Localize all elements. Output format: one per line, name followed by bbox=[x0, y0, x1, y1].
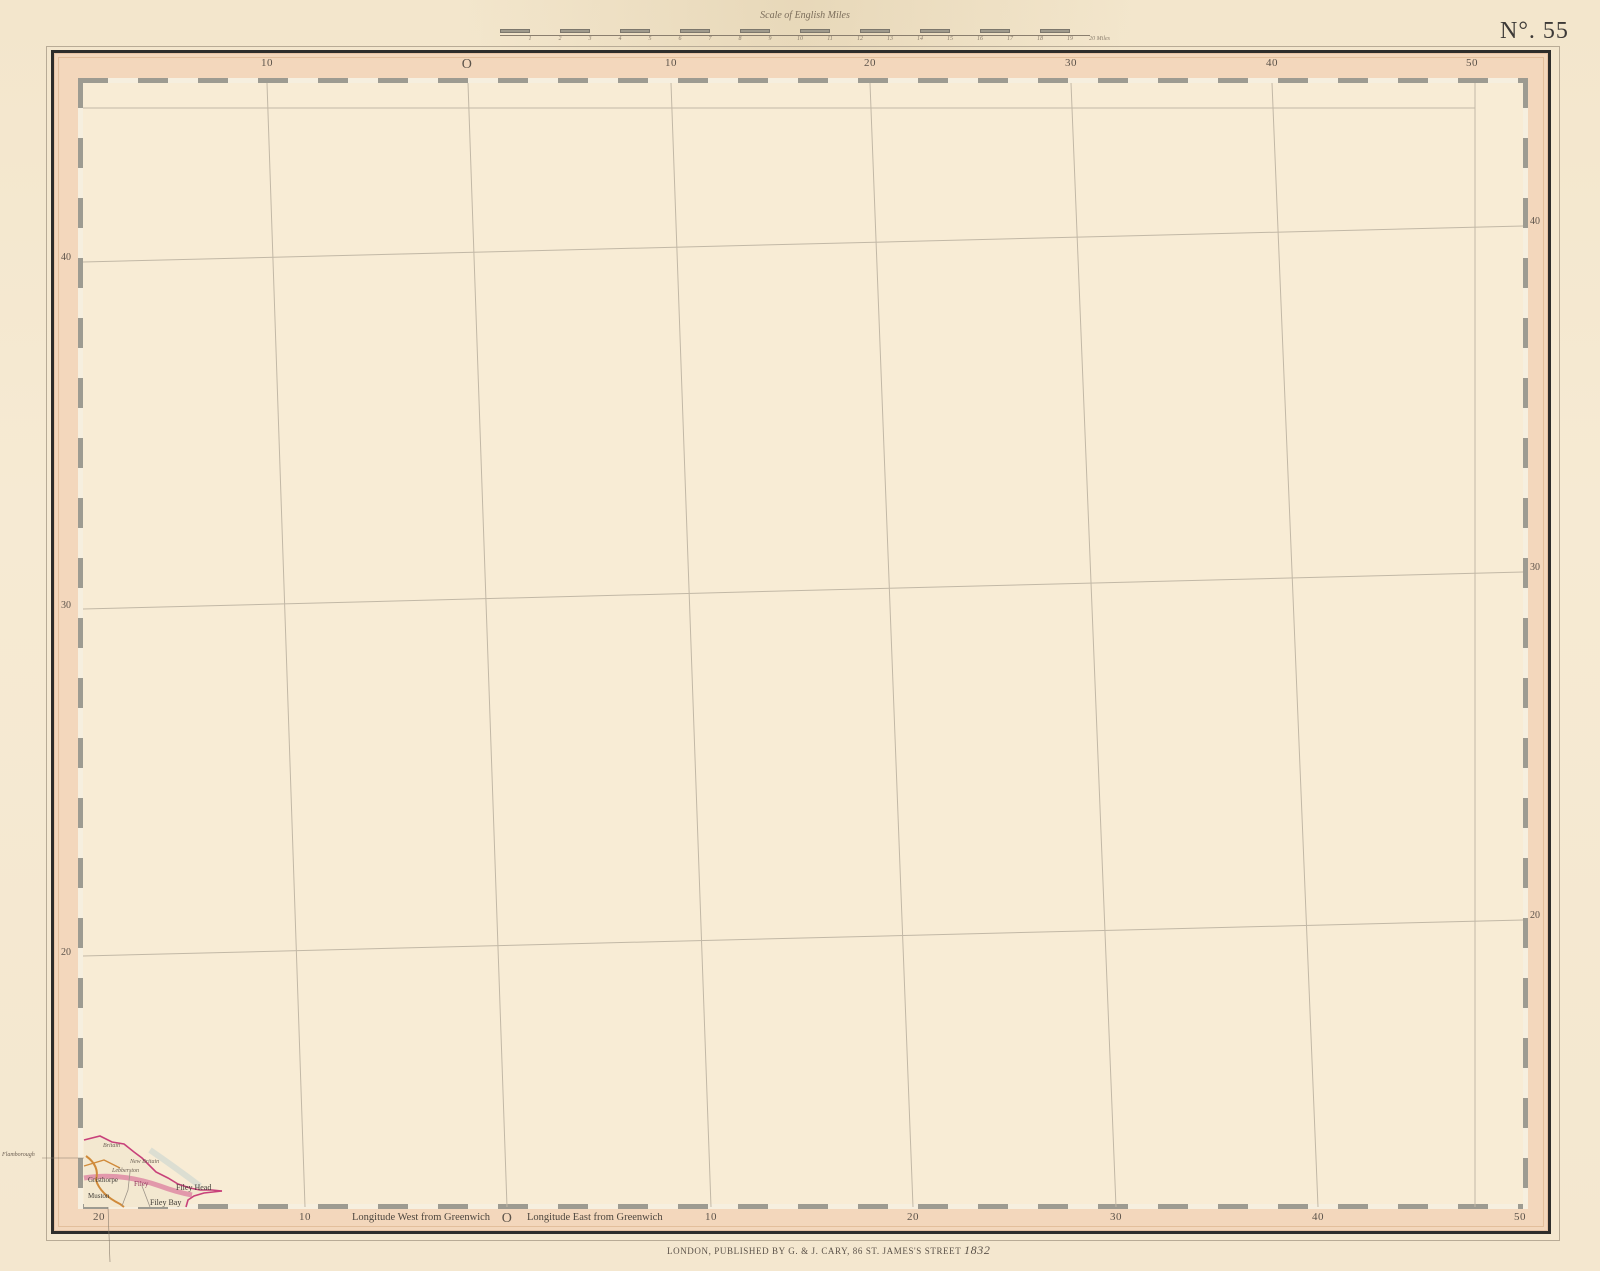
right-latitude-label: 30 bbox=[1530, 562, 1540, 573]
right-latitude-label: 20 bbox=[1530, 910, 1540, 921]
bottom-longitude-label: 20 bbox=[907, 1211, 919, 1223]
place-flamborough: Flamborough bbox=[2, 1152, 35, 1158]
place-filey-bay: Filey Bay bbox=[150, 1198, 181, 1207]
place-filey: Filey bbox=[134, 1180, 148, 1188]
left-latitude-label: 20 bbox=[61, 947, 71, 958]
publisher-text: LONDON, PUBLISHED BY G. & J. CARY, 86 ST… bbox=[667, 1246, 961, 1256]
bottom-longitude-label: 50 bbox=[1514, 1211, 1526, 1223]
top-longitude-label: 40 bbox=[1266, 57, 1278, 69]
left-latitude-label: 30 bbox=[61, 600, 71, 611]
bottom-longitude-label: O bbox=[502, 1211, 513, 1227]
bottom-longitude-label: 10 bbox=[705, 1211, 717, 1223]
publication-year: 1832 bbox=[964, 1243, 990, 1257]
right-latitude-label: 40 bbox=[1530, 216, 1540, 227]
bottom-longitude-label: 20 bbox=[93, 1211, 105, 1223]
top-longitude-label: 10 bbox=[665, 57, 677, 69]
place-filey-head: Filey Head bbox=[176, 1183, 211, 1192]
place-britain: Britain bbox=[103, 1143, 120, 1149]
place-muston: Muston bbox=[88, 1192, 109, 1200]
place-lebberston: Lebberston bbox=[112, 1168, 139, 1174]
top-longitude-label: 10 bbox=[261, 57, 273, 69]
place-new-britain: New Britain bbox=[130, 1159, 159, 1165]
publisher-imprint: LONDON, PUBLISHED BY G. & J. CARY, 86 ST… bbox=[667, 1243, 990, 1258]
bottom-longitude-label: 30 bbox=[1110, 1211, 1122, 1223]
longitude-east-label: Longitude East from Greenwich bbox=[527, 1212, 663, 1223]
bottom-longitude-label: 10 bbox=[299, 1211, 311, 1223]
top-longitude-label: 30 bbox=[1065, 57, 1077, 69]
filey-coast bbox=[42, 1136, 222, 1262]
longitude-west-label: Longitude West from Greenwich bbox=[352, 1212, 490, 1223]
left-latitude-label: 40 bbox=[61, 252, 71, 263]
place-gristhorpe: Gristhorpe bbox=[88, 1176, 118, 1184]
top-longitude-label: 50 bbox=[1466, 57, 1478, 69]
top-longitude-label: O bbox=[462, 57, 473, 73]
bottom-longitude-label: 40 bbox=[1312, 1211, 1324, 1223]
graticule bbox=[0, 0, 1600, 1271]
top-longitude-label: 20 bbox=[864, 57, 876, 69]
